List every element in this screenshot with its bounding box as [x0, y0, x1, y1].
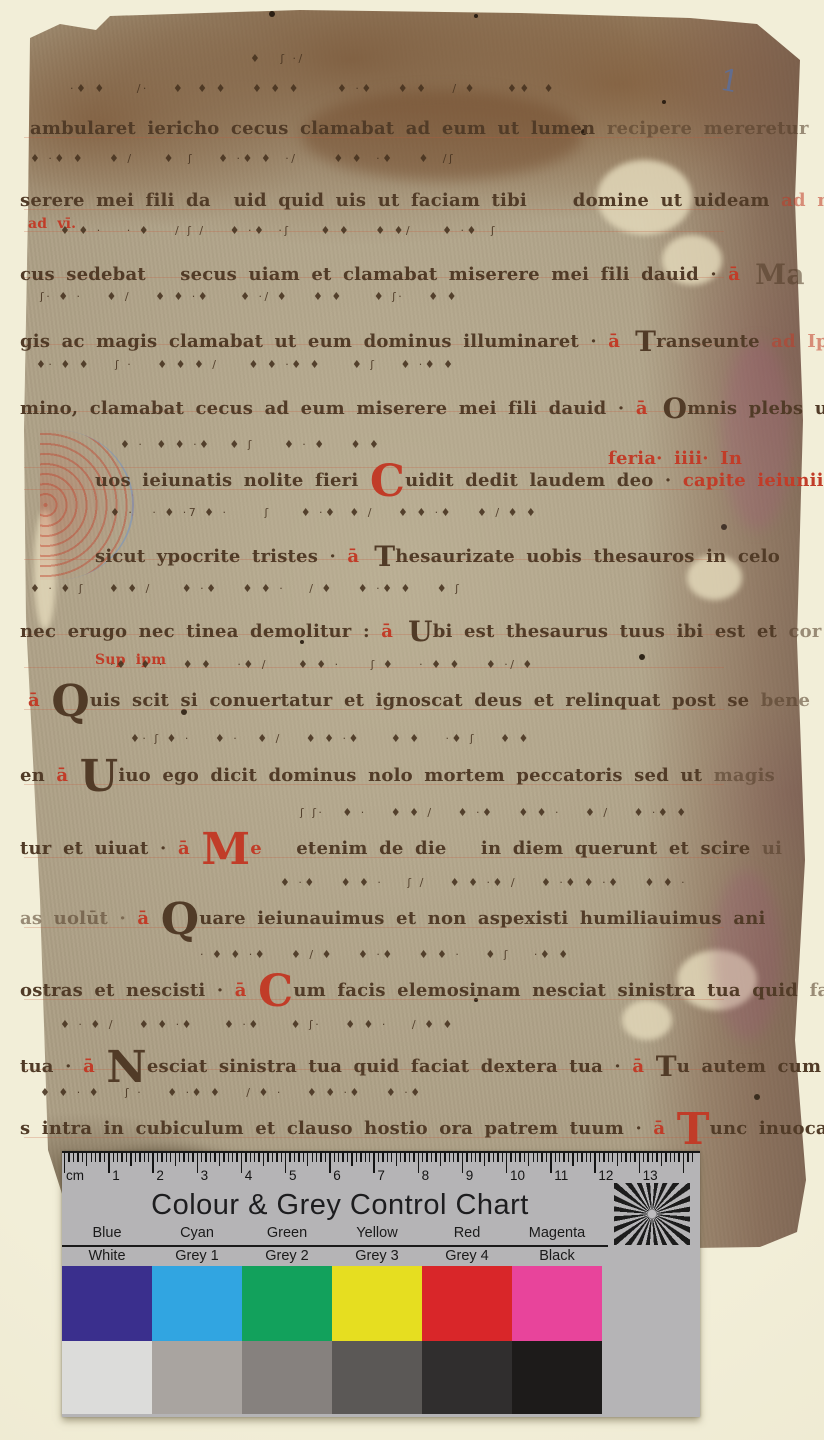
ruler-tick [320, 1153, 321, 1162]
ruler-tick [258, 1153, 259, 1162]
ruler-tick [475, 1153, 476, 1162]
ruler-tick [303, 1153, 304, 1162]
text-segment: U [80, 751, 119, 802]
neume-row: ♦ ·♦ ♦ ♦ · ʃ ∕ ♦ ♦ ·♦ ∕ ♦ ·♦ ♦ ·♦ ♦ ♦ · [280, 876, 687, 889]
text-segment: Q [51, 676, 90, 727]
neume-row: ·♦ ♦ ∕· ♦ ♦ ♦ ♦ ♦ ♦ ♦ ·♦ ♦ ♦ ∕ ♦ ♦♦ ♦ [70, 82, 556, 95]
manuscript-text-line: sicut ypocrite tristes · ā Thesaurizate … [95, 540, 780, 573]
text-segment: uos ieiunatis nolite fieri [95, 470, 370, 491]
ruler-tick [608, 1153, 609, 1162]
text-segment: sicut ypocrite tristes · [95, 546, 336, 567]
ruler-tick [157, 1153, 158, 1162]
label-green: Green [242, 1225, 332, 1241]
text-segment: ambularet iericho cecus clamabat ad eum … [30, 118, 607, 139]
manuscript-text-line: tua · ā Nesciat sinistra tua quid faciat… [20, 1050, 821, 1083]
ruler-unit-label: cm [66, 1168, 84, 1183]
swatch-white [62, 1341, 152, 1414]
ruler-tick [267, 1153, 268, 1162]
ruler-tick [68, 1153, 69, 1162]
ruler-tick [334, 1153, 335, 1162]
ruler-tick [652, 1153, 653, 1162]
ruler-tick [497, 1153, 498, 1162]
swatch-magenta [512, 1266, 602, 1341]
ruler-number: 6 [333, 1168, 341, 1183]
ruler-tick [453, 1153, 454, 1162]
text-segment: T [677, 1104, 710, 1155]
ruler-tick [188, 1153, 189, 1162]
ruler-tick [338, 1153, 339, 1162]
ruler-tick [210, 1153, 211, 1162]
neume-row: · ♦ ♦ ·♦ ♦ ∕ ♦ ♦ ·♦ ♦ ♦ · ♦ ʃ ·♦ ♦ [200, 948, 571, 961]
ruler-tick [647, 1153, 648, 1162]
ruler-tick [568, 1153, 569, 1162]
label-blue: Blue [62, 1225, 152, 1241]
manuscript-text-line: en ā Uiuo ego dicit dominus nolo mortem … [20, 765, 775, 786]
swatch-grey-2 [242, 1341, 332, 1414]
ruler-tick [179, 1153, 180, 1162]
ruler-tick [524, 1153, 525, 1162]
ruler-tick [223, 1153, 224, 1162]
ruler-tick [228, 1153, 229, 1162]
ruler-tick [391, 1153, 392, 1162]
ruler-tick [612, 1153, 613, 1162]
ruler-tick [369, 1153, 370, 1162]
manuscript-text-line: feria· iiii· In [608, 448, 742, 469]
label-magenta: Magenta [512, 1225, 602, 1241]
ruler-tick [625, 1153, 626, 1162]
ruler-number: 8 [422, 1168, 430, 1183]
text-segment: cor tuu [789, 621, 824, 642]
swatch-grey-4 [422, 1341, 512, 1414]
ruler-tick [294, 1153, 295, 1162]
text-segment: Ma [740, 258, 805, 291]
text-segment: ā [624, 398, 647, 419]
ruler-tick [298, 1153, 299, 1162]
ruler-tick [577, 1153, 578, 1162]
neume-row: ♦ ♦ · · ♦ ∕ ʃ ∕ ♦ ·♦ ·ʃ ♦ ♦ ♦ ♦∕ ♦ ·♦ ʃ [60, 224, 497, 237]
text-segment: mino, clamabat cecus ad eum miserere mei… [20, 398, 624, 419]
neume-row: ♦ · ♦ ʃ ♦ ♦ ∕ ♦ ·♦ ♦ ♦ · ∕ ♦ ♦ ·♦ ♦ ♦ ʃ [30, 582, 461, 595]
ruler-tick [422, 1153, 423, 1162]
ruler-tick [387, 1153, 388, 1162]
text-segment: s intra in cubiculum et clauso hostio or… [20, 1118, 642, 1139]
ruler-tick [281, 1153, 282, 1162]
text-segment: C [370, 456, 405, 507]
ruler-tick [515, 1153, 516, 1162]
text-segment: u autem cum [677, 1056, 821, 1077]
ruler-tick [148, 1153, 149, 1162]
ruler-tick [205, 1153, 206, 1162]
neume-row: ·♦ ♦ · ♦ ♦ ·♦ ∕ ♦ ♦ · ʃ ♦ · ♦ ♦ ♦ ·∕ ♦ [110, 658, 535, 671]
label-grey-3: Grey 3 [332, 1248, 422, 1264]
manuscript-text-line: gis ac magis clamabat ut eum dominus ill… [20, 325, 824, 358]
text-segment: uis scit si conuertatur et ignoscat deus… [90, 690, 761, 711]
ruler-tick [409, 1153, 410, 1162]
ruler-tick [656, 1153, 657, 1162]
ruler-tick [250, 1153, 251, 1162]
manuscript-text-line: mino, clamabat cecus ad eum miserere mei… [20, 392, 824, 425]
ruler-tick [581, 1153, 582, 1162]
ruler-tick [272, 1153, 273, 1162]
ruler-tick [360, 1153, 361, 1162]
swatch-blue [62, 1266, 152, 1341]
ruler-tick [73, 1153, 74, 1162]
ruler-tick [471, 1153, 472, 1162]
ruler-number: 2 [156, 1168, 164, 1183]
text-segment: ā [72, 1056, 107, 1077]
ruler-tick [325, 1153, 326, 1162]
ruler-tick [630, 1153, 631, 1162]
ruler-tick [99, 1153, 100, 1162]
text-segment: esciat sinistra tua quid faciat dextera … [147, 1056, 621, 1077]
ruler-tick [82, 1153, 83, 1162]
ruler-tick [91, 1153, 92, 1162]
text-segment: nec erugo nec tinea demolitur : [20, 621, 370, 642]
text-segment: etenim de die in diem querunt et scire [262, 838, 762, 859]
text-segment: mnis plebs ut [687, 398, 824, 419]
ruler-tick [307, 1153, 308, 1166]
ruler-tick [356, 1153, 357, 1162]
grey-swatch-row [62, 1341, 602, 1414]
text-segment: T [620, 325, 656, 358]
ruler-tick [86, 1153, 87, 1166]
text-segment: feria· iiii· In [608, 448, 742, 469]
text-segment: C [258, 966, 293, 1017]
text-segment: tur et uiuat · [20, 838, 167, 859]
manuscript-text-line: tur et uiuat · ā Me etenim de die in die… [20, 838, 782, 859]
ruler-tick [77, 1153, 78, 1162]
ruler-numbers: cm 12345678910111213 [62, 1168, 700, 1184]
ruler-number: 1 [112, 1168, 120, 1183]
ruler-tick [502, 1153, 503, 1162]
ruler-tick [400, 1153, 401, 1162]
ruler-tick [533, 1153, 534, 1162]
text-segment: unc inuocabis [710, 1118, 824, 1139]
ruler-tick [541, 1153, 542, 1162]
text-segment: bene [761, 690, 810, 711]
neume-row: ♦ · ♦ ∕ ♦ ♦ ·♦ ♦ ·♦ ♦ ʃ· ♦ ♦ · ∕ ♦ ♦ [60, 1018, 455, 1031]
label-divider-line [62, 1245, 608, 1247]
text-segment: gis ac magis clamabat ut eum dominus ill… [20, 331, 597, 352]
text-segment: faciat [810, 980, 824, 1001]
ruler-tick [466, 1153, 467, 1162]
ruler-number: 10 [510, 1168, 525, 1183]
ruler-tick [312, 1153, 313, 1162]
ruler-tick [175, 1153, 176, 1166]
ruler-tick [493, 1153, 494, 1162]
color-label-row: BlueCyanGreenYellowRedMagenta [62, 1225, 602, 1241]
ruler-number: 3 [201, 1168, 209, 1183]
ruler-tick [426, 1153, 427, 1162]
ruler-tick [603, 1153, 604, 1162]
ruler-tick [519, 1153, 520, 1162]
label-red: Red [422, 1225, 512, 1241]
text-segment: ad m [770, 190, 824, 211]
ruler-tick [563, 1153, 564, 1162]
manuscript-text-line: nec erugo nec tinea demolitur : ā Ubi es… [20, 615, 824, 648]
label-grey-4: Grey 4 [422, 1248, 512, 1264]
ruler-tick [590, 1153, 591, 1162]
text-segment: ā [621, 1056, 656, 1077]
ruler-tick [170, 1153, 171, 1162]
ruler-tick [316, 1153, 317, 1162]
ruler-tick [219, 1153, 220, 1166]
text-segment: Q [161, 894, 200, 945]
ruler-tick [263, 1153, 264, 1166]
label-yellow: Yellow [332, 1225, 422, 1241]
chart-title: Colour & Grey Control Chart [62, 1189, 618, 1222]
ruler-number: 11 [554, 1168, 568, 1183]
ruler-tick [528, 1153, 529, 1166]
text-segment: ā [717, 264, 740, 285]
starburst-pattern [614, 1183, 690, 1245]
ruler-tick [457, 1153, 458, 1162]
ruler-tick [643, 1153, 644, 1162]
swatch-black [512, 1341, 602, 1414]
ruler-tick [404, 1153, 405, 1162]
ruler-tick [104, 1153, 105, 1162]
ruler-tick [440, 1153, 441, 1166]
text-segment: capite ieiunii· [671, 470, 824, 491]
ruler-tick [555, 1153, 556, 1162]
ruler-tick [559, 1153, 560, 1162]
swatch-green [242, 1266, 332, 1341]
ruler-tick [586, 1153, 587, 1162]
text-segment: T [656, 1050, 677, 1083]
ruler-tick [365, 1153, 366, 1162]
ruler-tick [617, 1153, 618, 1166]
ruler-tick [192, 1153, 193, 1162]
text-segment: ui [762, 838, 782, 859]
ruler-number: 5 [289, 1168, 297, 1183]
text-segment: M [201, 824, 250, 875]
ruler-tick [135, 1153, 136, 1162]
neume-row: ♦· ♦ ♦ ʃ · ♦ ♦ ♦ ∕ ♦ ♦ ·♦ ♦ ♦ ʃ ♦ ·♦ ♦ [36, 358, 456, 371]
neume-row: ♦ · ♦ ♦ ·♦ ♦ ʃ ♦ · ♦ ♦ ♦ [120, 438, 381, 451]
manuscript-text-line: cus sedebat secus uiam et clamabat miser… [20, 258, 805, 291]
ruler-tick [95, 1153, 96, 1162]
text-segment: ostras et nescisti · [20, 980, 223, 1001]
text-segment: cus sedebat secus uiam et clamabat miser… [20, 264, 717, 285]
text-segment: as uolūt · [20, 908, 126, 929]
ruler-tick [347, 1153, 348, 1162]
ruler-tick [510, 1153, 511, 1162]
label-cyan: Cyan [152, 1225, 242, 1241]
ruler-tick [183, 1153, 184, 1162]
ruler-tick [687, 1153, 688, 1162]
text-segment: uidit dedit laudem deo · [405, 470, 671, 491]
ruler-tick [245, 1153, 246, 1162]
ruler-tick [449, 1153, 450, 1162]
swatch-yellow [332, 1266, 422, 1341]
text-segment: T [359, 540, 395, 573]
ruler-tick [201, 1153, 202, 1162]
swatch-cyan [152, 1266, 242, 1341]
ruler-number: 7 [377, 1168, 385, 1183]
text-segment: ā [370, 621, 393, 642]
ruler-tick [537, 1153, 538, 1162]
ruler-number: 13 [643, 1168, 658, 1183]
ruler-tick [214, 1153, 215, 1162]
ruler-tick [572, 1153, 573, 1166]
manuscript-text-line: s intra in cubiculum et clauso hostio or… [20, 1118, 824, 1139]
text-segment: magis [714, 765, 775, 786]
text-segment: tua · [20, 1056, 72, 1077]
ruler-tick [139, 1153, 140, 1162]
ruler-tick [351, 1153, 352, 1166]
ruler-tick [113, 1153, 114, 1162]
ruler-tick [382, 1153, 383, 1162]
ruler-tick [276, 1153, 277, 1162]
ruler-tick [599, 1153, 600, 1162]
ruler-tick [161, 1153, 162, 1162]
neume-row: ♦ ʃ ·∕ [250, 52, 305, 65]
ruler-tick [435, 1153, 436, 1162]
ruler-tick [166, 1153, 167, 1162]
text-segment: en [20, 765, 45, 786]
manuscript-text-line: serere mei fili da uid quid uis ut facia… [20, 190, 824, 211]
text-segment: ā [28, 690, 51, 711]
text-segment: O [648, 392, 688, 425]
ruler-tick [665, 1153, 666, 1162]
text-segment: ā [126, 908, 161, 929]
neume-row: ♦ ·♦ ♦ ♦ ∕ ♦ ʃ ♦ ·♦ ♦ ·∕ ♦ ♦ ·♦ ♦ ∕ʃ [30, 152, 455, 165]
text-segment: um facis elemosinam nesciat sinistra tua… [293, 980, 809, 1001]
text-segment: recipere mereretur [607, 118, 809, 139]
ruler-tick [289, 1153, 290, 1162]
text-segment: iuo ego dicit dominus nolo mortem peccat… [118, 765, 713, 786]
manuscript-text-line: uos ieiunatis nolite fieri Cuidit dedit … [95, 470, 824, 491]
ruler-tick [396, 1153, 397, 1166]
color-swatch-row [62, 1266, 602, 1341]
ruler-tick [378, 1153, 379, 1162]
ruler-tick [479, 1153, 480, 1162]
swatch-red [422, 1266, 512, 1341]
neume-row: ♦ ♦ · ♦ ʃ · ♦ ·♦ ♦ ∕ ♦ · ♦ ♦ ·♦ ♦ ·♦ [40, 1086, 423, 1099]
manuscript-text-line: ostras et nescisti · ā Cum facis elemosi… [20, 980, 824, 1001]
color-control-chart: cm 12345678910111213 Colour & Grey Contr… [62, 1151, 700, 1417]
text-segment: ranseunte [656, 331, 760, 352]
neume-row: ʃ· ♦ · ♦ ∕ ♦ ♦ ·♦ ♦ ·∕ ♦ ♦ ♦ ♦ ʃ· ♦ ♦ [40, 290, 459, 303]
ruler-tick [121, 1153, 122, 1162]
text-segment: bi est thesaurus tuus ibi est et [433, 621, 789, 642]
ruler-number: 12 [598, 1168, 613, 1183]
ruler-tick [692, 1153, 693, 1162]
ruler-tick [488, 1153, 489, 1162]
text-segment: ā [336, 546, 359, 567]
label-grey-1: Grey 1 [152, 1248, 242, 1264]
text-segment: uare ieiunauimus et non aspexisti humili… [199, 908, 765, 929]
ruler-tick [126, 1153, 127, 1162]
label-white: White [62, 1248, 152, 1264]
ruler-tick [546, 1153, 547, 1162]
text-segment: hesaurizate uobis thesauros in celo [395, 546, 780, 567]
text-segment: ad Ipm [760, 331, 824, 352]
ruler-tick [144, 1153, 145, 1162]
swatch-grey-1 [152, 1341, 242, 1414]
text-segment: ā [223, 980, 258, 1001]
ruler-tick [674, 1153, 675, 1162]
text-segment: serere mei fili da uid quid uis ut facia… [20, 190, 770, 211]
ruler-tick [678, 1153, 679, 1162]
manuscript-text-line: ambularet iericho cecus clamabat ad eum … [30, 118, 809, 139]
text-segment: e [250, 838, 262, 859]
swatch-grey-3 [332, 1341, 422, 1414]
ruler-tick [232, 1153, 233, 1162]
ruler-tick [661, 1153, 662, 1166]
ruler-tick [444, 1153, 445, 1162]
ruler-tick [431, 1153, 432, 1162]
label-grey-2: Grey 2 [242, 1248, 332, 1264]
text-segment: ā [597, 331, 620, 352]
text-segment: ā [642, 1118, 677, 1139]
text-segment: U [393, 615, 433, 648]
manuscript-text-line: ā Quis scit si conuertatur et ignoscat d… [28, 690, 810, 711]
ruler-tick [236, 1153, 237, 1162]
neume-row: ♦ · · ♦ ·7 ♦ · ʃ ♦ ·♦ ♦ ∕ ♦ ♦ ·♦ ♦ ∕ ♦ ♦ [110, 506, 538, 519]
ruler-tick [621, 1153, 622, 1162]
grey-label-row: WhiteGrey 1Grey 2Grey 3Grey 4Black [62, 1248, 602, 1264]
text-segment: ā [167, 838, 202, 859]
ruler-tick [254, 1153, 255, 1162]
ruler-number: 9 [466, 1168, 474, 1183]
ruler-number: 4 [245, 1168, 253, 1183]
ruler-tick [342, 1153, 343, 1162]
ruler-tick [413, 1153, 414, 1162]
manuscript-text-line: as uolūt · ā Quare ieiunauimus et non as… [20, 908, 766, 929]
ruler-tick [484, 1153, 485, 1166]
text-segment: ā [45, 765, 80, 786]
neume-row: ʃ ʃ· ♦ · ♦ ♦ ∕ ♦ ·♦ ♦ ♦ · ♦ ∕ ♦ ·♦ ♦ [300, 806, 689, 819]
label-black: Black [512, 1248, 602, 1264]
ruler-tick [117, 1153, 118, 1162]
ruler-tick [130, 1153, 131, 1166]
neume-row: ♦· ʃ ♦ · ♦ · ♦ ∕ ♦ ♦ ·♦ ♦ ♦ ·♦ ʃ ♦ ♦ [130, 732, 531, 745]
ruler-tick [670, 1153, 671, 1162]
ruler-tick [634, 1153, 635, 1162]
